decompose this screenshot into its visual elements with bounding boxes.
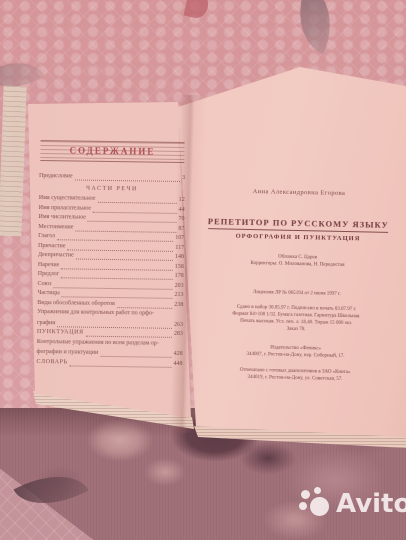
avito-watermark-text: Avito (336, 491, 406, 517)
book-subtitle: ОРФОГРАФИЯ И ПУНКТУАЦИЯ (204, 232, 392, 243)
imprint-page: Анна Александровна Егорова РЕПЕТИТОР ПО … (201, 187, 393, 384)
imprint-block: Сдано в набор 30.05.97 г. Подписано в пе… (202, 303, 391, 335)
book-title: РЕПЕТИТОР ПО РУССКОМУ ЯЗЫКУ (208, 216, 389, 233)
contents-page: СОДЕРЖАНИЕ Предисловие3ЧАСТИ РЕЧИИмя сущ… (36, 140, 185, 369)
publisher-block: Издательство «Феникс»344007, г. Ростов-н… (201, 343, 389, 361)
toc-entry: СЛОВАРЬ448 (36, 357, 182, 369)
toc-entry: Предисловие3 (39, 172, 185, 184)
photo-open-book: СОДЕРЖАНИЕ Предисловие3ЧАСТИ РЕЧИИмя сущ… (0, 0, 406, 540)
license-line: Лицензия ЛР № 065194 от 2 июня 1997 г. (203, 289, 391, 298)
credits-block: Обложка С. ЦаревКорректоры: О. Милованов… (203, 252, 391, 270)
toc-entry: Упражнения для контрольных работ по орфо… (37, 308, 183, 320)
avito-watermark: Avito (299, 487, 406, 521)
toc-entry: Контрольные упражнения по всем разделам … (37, 337, 183, 349)
leaf-motif (283, 0, 347, 54)
petal-motif (184, 0, 211, 20)
contents-banner: СОДЕРЖАНИЕ (40, 140, 184, 163)
toc-section-heading: ЧАСТИ РЕЧИ (39, 183, 185, 195)
table-of-contents: Предисловие3ЧАСТИ РЕЧИИмя существительно… (36, 172, 185, 369)
contents-title: СОДЕРЖАНИЕ (69, 146, 155, 156)
avito-logo-icon (299, 487, 331, 521)
